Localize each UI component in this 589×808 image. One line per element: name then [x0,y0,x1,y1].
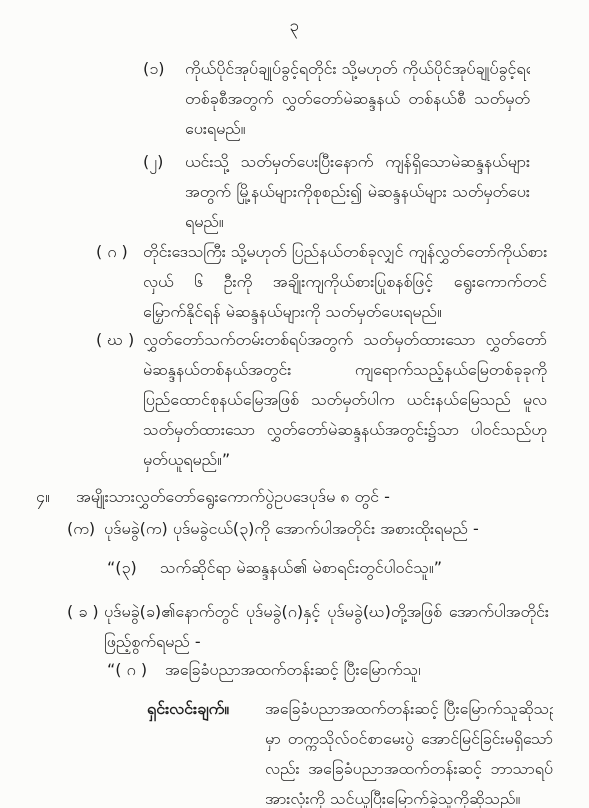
text-line: ယင်းသို့ သတ်မှတ်ပေးပြီးနောက် ကျန်ရှိသောမ… [185,147,530,177]
text-line: အခြေခံပညာအထက်တန်းဆင့် ပြီးမြောက်သူဆိုသည် [265,694,553,724]
explanation-note: ရှင်းလင်းချက်။ အခြေခံပညာအထက်တန်းဆင့် ပြီ… [147,694,553,808]
text-line: မှာ တက္ကသိုလ်ဝင်စာမေးပွဲ အောင်မြင်ခြင်းမ… [265,724,553,754]
clause-item-1-label: (၁) [143,54,185,84]
text-line: လွှတ်တော်သက်တမ်းတစ်ရပ်အတွက် သတ်မှတ်ထားသေ… [143,325,547,355]
clause-item-2: (၂) ယင်းသို့ သတ်မှတ်ပေးပြီးနောက် ကျန်ရှိ… [143,147,530,237]
text-line: တိုင်းဒေသကြီး သို့မဟုတ် ပြည်နယ်တစ်ခုလျှင… [143,237,547,267]
text-line: တစ်ခုစီအတွက် လွှတ်တော်မဲဆန္ဒနယ် တစ်နယ်စီ… [185,84,530,114]
text-line: ပုဒ်မခွဲ(က) ပုဒ်မခွဲငယ်(၃)ကို အောက်ပါအတိ… [104,514,564,544]
text-line: အခြေခံပညာအထက်တန်းဆင့် ပြီးမြောက်သူ၊ [165,655,565,685]
text-line: သက်ဆိုင်ရာ မဲဆန္ဒနယ်၏ မဲစာရင်းတွင်ပါဝင်သ… [160,553,580,583]
clause-item-ga: ( ဂ ) တိုင်းဒေသကြီး သို့မဟုတ် ပြည်နယ်တစ်… [96,237,547,327]
clause-item-gha-body: လွှတ်တော်သက်တမ်းတစ်ရပ်အတွက် သတ်မှတ်ထားသေ… [143,325,547,475]
subclause-ka: (က) ပုဒ်မခွဲ(က) ပုဒ်မခွဲငယ်(၃)ကို အောက်ပ… [67,514,564,544]
text-line: ပေးရမည်။ [185,114,530,144]
quoted-subclause-ga-label: “( ဂ ) [107,655,165,685]
explanation-note-body: အခြေခံပညာအထက်တန်းဆင့် ပြီးမြောက်သူဆိုသည်… [265,694,553,808]
document-page: ၃ (၁) ကိုယ်ပိုင်အုပ်ချုပ်ခွင့်ရတိုင်း သိ… [0,0,589,808]
text-line: ပြည်ထောင်စုနယ်မြေအဖြစ် သတ်မှတ်ပါက ယင်းနယ… [143,385,547,415]
subclause-kha-label: ( ခ ) [67,597,104,627]
subclause-kha-body: ပုဒ်မခွဲ(ခ)၏နောက်တွင် ပုဒ်မခွဲ(ဂ)နှင့် ပ… [104,597,549,657]
text-line: မဲဆန္ဒနယ်တစ်နယ်အတွင်း ကျရောက်သည့်နယ်မြေတ… [143,355,547,385]
text-line: လှယ် ၆ ဦးကို အချိုးကျကိုယ်စားပြုစနစ်ဖြင့… [143,267,547,297]
subclause-ka-label: (က) [67,514,104,544]
subclause-kha: ( ခ ) ပုဒ်မခွဲ(ခ)၏နောက်တွင် ပုဒ်မခွဲ(ဂ)န… [67,597,549,657]
subclause-ka-body: ပုဒ်မခွဲ(က) ပုဒ်မခွဲငယ်(၃)ကို အောက်ပါအတိ… [104,514,564,544]
quoted-subclause-3-label: “(၃) [107,553,160,583]
quoted-subclause-ga-body: အခြေခံပညာအထက်တန်းဆင့် ပြီးမြောက်သူ၊ [165,655,565,685]
text-line: ကိုယ်ပိုင်အုပ်ချုပ်ခွင့်ရတိုင်း သို့မဟုတ… [185,54,530,84]
text-line: အတွက် မြို့နယ်များကိုစုစည်း၍ မဲဆန္ဒနယ်မျ… [185,177,530,207]
quoted-subclause-ga: “( ဂ ) အခြေခံပညာအထက်တန်းဆင့် ပြီးမြောက်သ… [107,655,565,685]
clause-item-2-label: (၂) [143,147,185,177]
explanation-note-label: ရှင်းလင်းချက်။ [147,694,265,724]
clause-item-2-body: ယင်းသို့ သတ်မှတ်ပေးပြီးနောက် ကျန်ရှိသောမ… [185,147,530,237]
text-line: ပုဒ်မခွဲ(ခ)၏နောက်တွင် ပုဒ်မခွဲ(ဂ)နှင့် ပ… [104,597,549,627]
section-4-number: ၄။ [36,482,76,512]
clause-item-1-body: ကိုယ်ပိုင်အုပ်ချုပ်ခွင့်ရတိုင်း သို့မဟုတ… [185,54,530,144]
text-line: ဖြည့်စွက်ရမည် - [104,627,549,657]
text-line: အမျိုးသားလွှတ်တော်ရွေးကောက်ပွဲဥပဒေပုဒ်မ … [76,482,516,512]
clause-item-gha-label: ( ဃ ) [96,325,143,355]
clause-item-gha: ( ဃ ) လွှတ်တော်သက်တမ်းတစ်ရပ်အတွက် သတ်မှတ… [96,325,547,475]
quoted-subclause-3-body: သက်ဆိုင်ရာ မဲဆန္ဒနယ်၏ မဲစာရင်းတွင်ပါဝင်သ… [160,553,580,583]
text-line: ရမည်။ [185,207,530,237]
text-line: အားလုံးကို သင်ယူပြီးမြောက်ခဲ့သူကိုဆိုသည်… [265,784,553,808]
clause-item-1: (၁) ကိုယ်ပိုင်အုပ်ချုပ်ခွင့်ရတိုင်း သို့… [143,54,530,144]
clause-item-ga-label: ( ဂ ) [96,237,143,267]
text-line: မှတ်ယူရမည်။” [143,445,547,475]
quoted-subclause-3: “(၃) သက်ဆိုင်ရာ မဲဆန္ဒနယ်၏ မဲစာရင်းတွင်ပ… [107,553,580,583]
clause-item-ga-body: တိုင်းဒေသကြီး သို့မဟုတ် ပြည်နယ်တစ်ခုလျှင… [143,237,547,327]
section-4: ၄။ အမျိုးသားလွှတ်တော်ရွေးကောက်ပွဲဥပဒေပုဒ… [36,482,516,512]
text-line: သတ်မှတ်ထားသော လွှတ်တော်မဲဆန္ဒနယ်အတွင်း၌သ… [143,415,547,445]
text-line: လည်း အခြေခံပညာအထက်တန်းဆင့် ဘာသာရပ် [265,754,553,784]
text-line: မြှောက်နိုင်ရန် မဲဆန္ဒနယ်များကို သတ်မှတ်… [143,297,547,327]
section-4-body: အမျိုးသားလွှတ်တော်ရွေးကောက်ပွဲဥပဒေပုဒ်မ … [76,482,516,512]
page-number: ၃ [0,12,589,40]
